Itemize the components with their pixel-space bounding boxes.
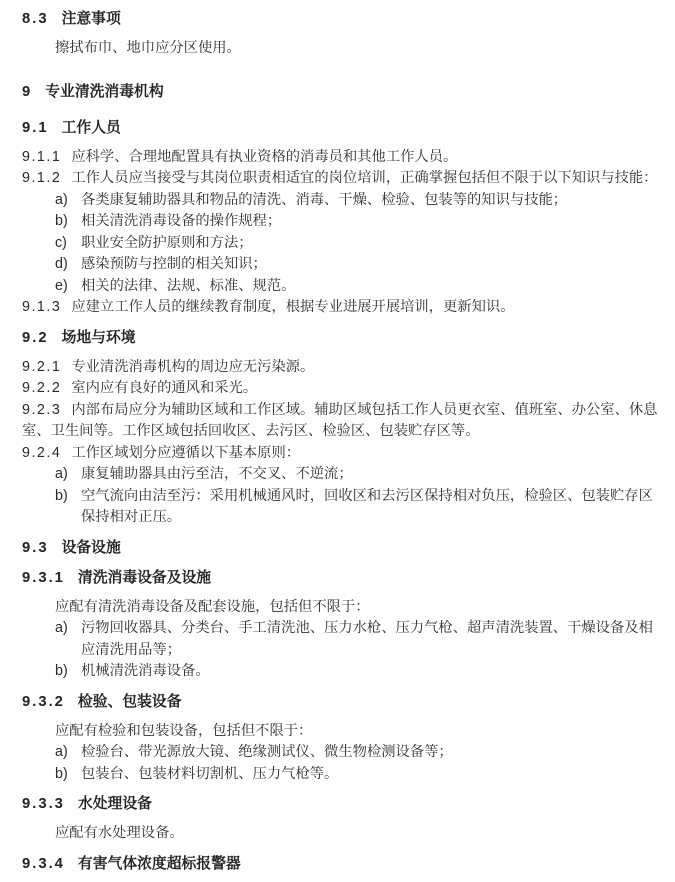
list-label: a) xyxy=(55,742,81,764)
list-text: 检验台、带光源放大镜、绝缘测试仪、微生物检测设备等； xyxy=(81,742,662,764)
section-title: 场地与环境 xyxy=(62,330,136,346)
list-label: b) xyxy=(55,764,81,786)
list-label: c) xyxy=(55,233,81,255)
clause-text: 内部布局应分为辅助区域和工作区域。辅助区域包括工作人员更衣室、值班室、办公室、休… xyxy=(22,402,657,440)
section-heading-8-3: 8.3注意事项 xyxy=(22,8,662,30)
list-item: d)感染预防与控制的相关知识； xyxy=(22,254,662,276)
list-item: a)康复辅助器具由污至洁，不交叉、不逆流； xyxy=(22,464,662,486)
section-heading-9-3-2: 9.3.2检验、包装设备 xyxy=(22,691,662,713)
list-text: 感染预防与控制的相关知识； xyxy=(81,254,662,276)
clause-9-1-1: 9.1.1应科学、合理地配置具有执业资格的消毒员和其他工作人员。 xyxy=(22,147,662,169)
clause-9-2-3: 9.2.3内部布局应分为辅助区域和工作区域。辅助区域包括工作人员更衣室、值班室、… xyxy=(22,400,662,443)
section-number: 9.3.2 xyxy=(22,694,65,710)
clause-text: 专业清洗消毒机构的周边应无污染源。 xyxy=(71,359,314,375)
section-number: 9.2 xyxy=(22,330,49,346)
section-heading-9-3-1: 9.3.1清洗消毒设备及设施 xyxy=(22,567,662,589)
paragraph: 应配有检验和包装设备，包括但不限于： xyxy=(22,721,662,743)
clause-number: 9.1.2 xyxy=(22,170,61,186)
section-number: 9.1 xyxy=(22,120,49,136)
clause-number: 9.2.4 xyxy=(22,445,61,461)
list-text: 康复辅助器具由污至洁，不交叉、不逆流； xyxy=(81,464,662,486)
section-number: 9.3.1 xyxy=(22,570,65,586)
list-item: a)检验台、带光源放大镜、绝缘测试仪、微生物检测设备等； xyxy=(22,742,662,764)
list-label: e) xyxy=(55,276,81,298)
section-heading-9-3-4: 9.3.4有害气体浓度超标报警器 xyxy=(22,853,662,875)
list-label: b) xyxy=(55,661,81,683)
clause-text: 室内应有良好的通风和采光。 xyxy=(71,380,257,396)
chapter-title: 专业清洗消毒机构 xyxy=(45,84,163,100)
section-number: 9.3.4 xyxy=(22,856,65,872)
list-text: 职业安全防护原则和方法； xyxy=(81,233,662,255)
section-heading-9-1: 9.1工作人员 xyxy=(22,117,662,139)
section-heading-9-2: 9.2场地与环境 xyxy=(22,327,662,349)
clause-number: 9.1.1 xyxy=(22,149,61,165)
clause-9-1-2: 9.1.2工作人员应当接受与其岗位职责相适宜的岗位培训，正确掌握包括但不限于以下… xyxy=(22,168,662,190)
clause-9-2-2: 9.2.2室内应有良好的通风和采光。 xyxy=(22,378,662,400)
list-label: a) xyxy=(55,464,81,486)
list-label: b) xyxy=(55,211,81,233)
clause-9-2-4: 9.2.4工作区域划分应遵循以下基本原则： xyxy=(22,443,662,465)
list-item: b)相关清洗消毒设备的操作规程； xyxy=(22,211,662,233)
section-number: 8.3 xyxy=(22,11,49,27)
clause-text: 工作区域划分应遵循以下基本原则： xyxy=(71,445,300,461)
list-item: a)污物回收器具、分类台、手工清洗池、压力水枪、压力气枪、超声清洗装置、干燥设备… xyxy=(22,618,662,661)
list-item: e)相关的法律、法规、标准、规范。 xyxy=(22,276,662,298)
clause-text: 应科学、合理地配置具有执业资格的消毒员和其他工作人员。 xyxy=(71,149,457,165)
clause-number: 9.1.3 xyxy=(22,299,61,315)
section-title: 设备设施 xyxy=(62,540,121,556)
clause-text: 工作人员应当接受与其岗位职责相适宜的岗位培训，正确掌握包括但不限于以下知识与技能… xyxy=(71,170,657,186)
section-number: 9.3 xyxy=(22,540,49,556)
list-label: d) xyxy=(55,254,81,276)
section-heading-9-3: 9.3设备设施 xyxy=(22,537,662,559)
list-text: 相关的法律、法规、标准、规范。 xyxy=(81,276,662,298)
section-title: 清洗消毒设备及设施 xyxy=(78,570,211,586)
section-title: 水处理设备 xyxy=(78,796,152,812)
list-label: a) xyxy=(55,190,81,212)
clause-number: 9.2.2 xyxy=(22,380,61,396)
paragraph: 擦拭布巾、地巾应分区使用。 xyxy=(22,38,662,60)
list-text: 空气流向由洁至污：采用机械通风时，回收区和去污区保持相对负压，检验区、包装贮存区… xyxy=(81,486,662,529)
section-title: 检验、包装设备 xyxy=(78,694,182,710)
paragraph: 应配有水处理设备。 xyxy=(22,823,662,845)
list-label: a) xyxy=(55,618,81,661)
chapter-heading-9: 9专业清洗消毒机构 xyxy=(22,81,662,103)
section-title: 有害气体浓度超标报警器 xyxy=(78,856,241,872)
section-title: 工作人员 xyxy=(62,120,121,136)
clause-number: 9.2.1 xyxy=(22,359,61,375)
list-text: 污物回收器具、分类台、手工清洗池、压力水枪、压力气枪、超声清洗装置、干燥设备及相… xyxy=(81,618,662,661)
list-item: b)空气流向由洁至污：采用机械通风时，回收区和去污区保持相对负压，检验区、包装贮… xyxy=(22,486,662,529)
paragraph: 应配有清洗消毒设备及配套设施，包括但不限于： xyxy=(22,597,662,619)
chapter-number: 9 xyxy=(22,84,32,100)
clause-number: 9.2.3 xyxy=(22,402,61,418)
list-text: 相关清洗消毒设备的操作规程； xyxy=(81,211,662,233)
list-text: 各类康复辅助器具和物品的清洗、消毒、干燥、检验、包装等的知识与技能； xyxy=(81,190,662,212)
clause-9-2-1: 9.2.1专业清洗消毒机构的周边应无污染源。 xyxy=(22,357,662,379)
list-text: 包装台、包装材料切割机、压力气枪等。 xyxy=(81,764,662,786)
document-page: 8.3注意事项 擦拭布巾、地巾应分区使用。 9专业清洗消毒机构 9.1工作人员 … xyxy=(0,0,675,882)
list-item: b)机械清洗消毒设备。 xyxy=(22,661,662,683)
list-text: 机械清洗消毒设备。 xyxy=(81,661,662,683)
section-number: 9.3.3 xyxy=(22,796,65,812)
section-heading-9-3-3: 9.3.3水处理设备 xyxy=(22,793,662,815)
list-item: a)各类康复辅助器具和物品的清洗、消毒、干燥、检验、包装等的知识与技能； xyxy=(22,190,662,212)
clause-9-1-3: 9.1.3应建立工作人员的继续教育制度，根据专业进展开展培训，更新知识。 xyxy=(22,297,662,319)
list-label: b) xyxy=(55,486,81,529)
section-title: 注意事项 xyxy=(62,11,121,27)
list-item: b)包装台、包装材料切割机、压力气枪等。 xyxy=(22,764,662,786)
list-item: c)职业安全防护原则和方法； xyxy=(22,233,662,255)
clause-text: 应建立工作人员的继续教育制度，根据专业进展开展培训，更新知识。 xyxy=(71,299,514,315)
